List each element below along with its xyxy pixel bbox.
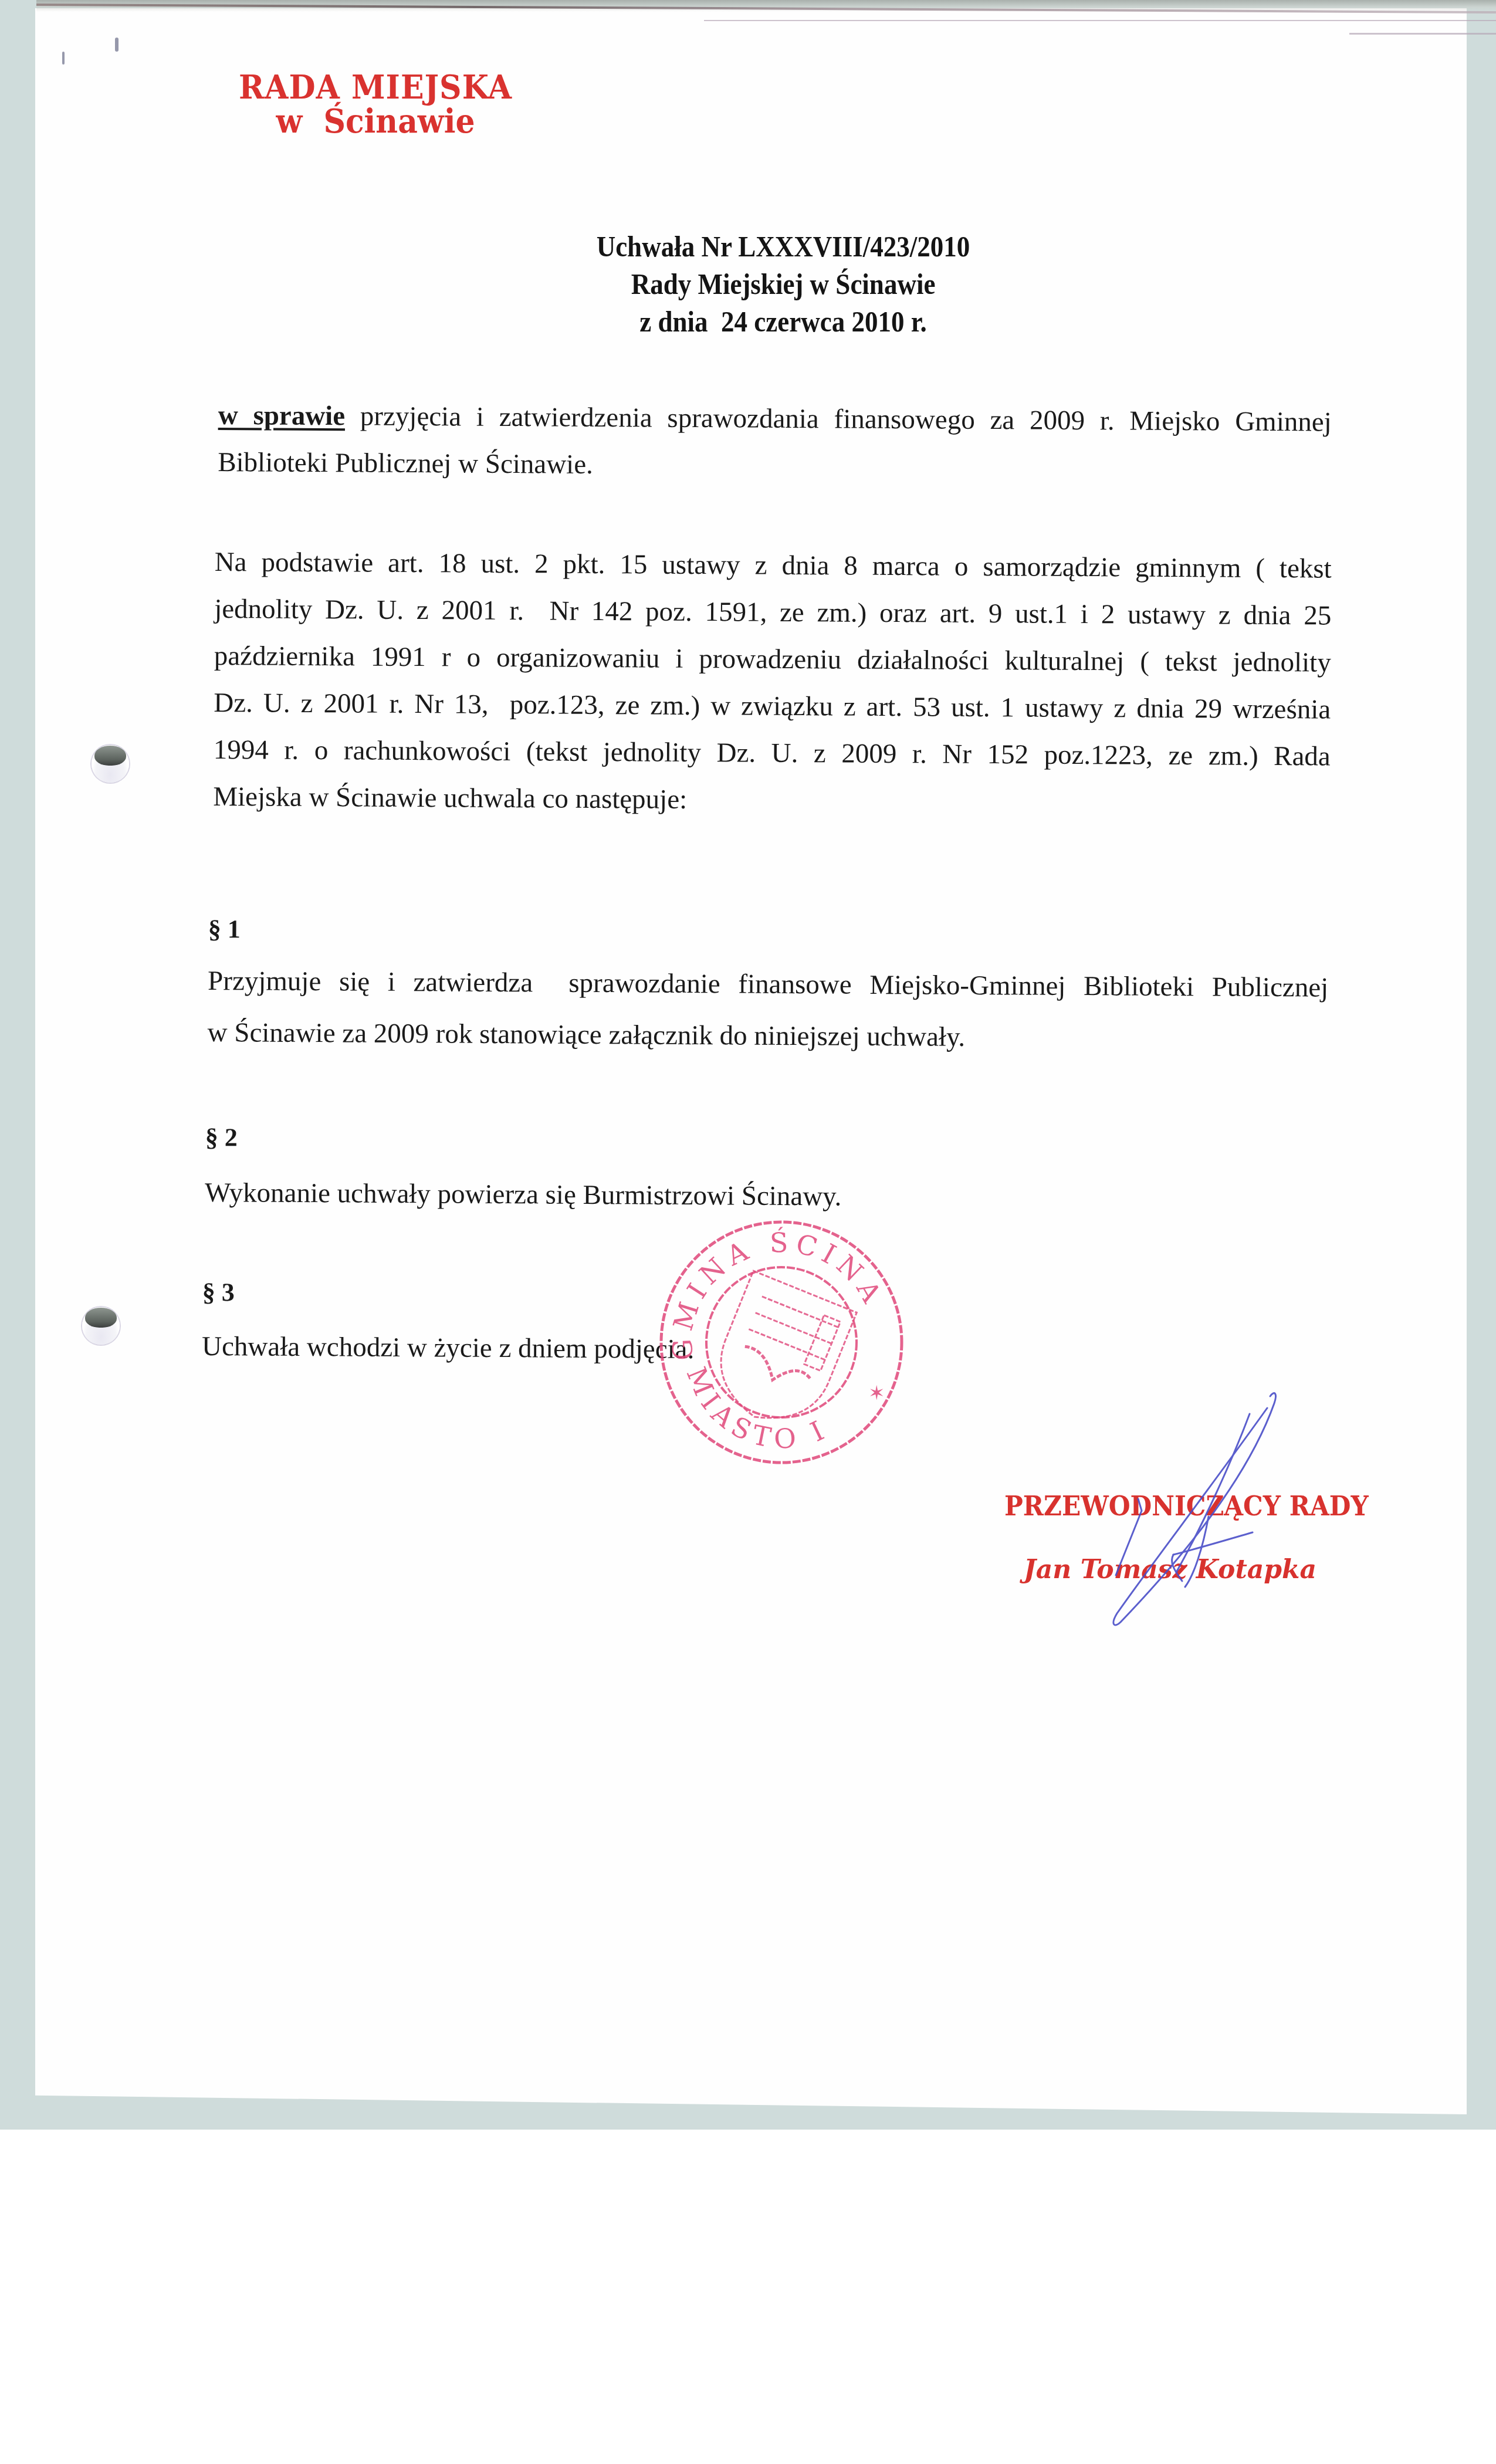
issuer-stamp: RADA MIEJSKA w Ścinawie	[235, 73, 516, 137]
legal-basis-line: października 1991 r o organizowaniu i pr…	[214, 632, 1331, 686]
handwritten-signature	[1056, 1373, 1302, 1631]
section-1: § 1 Przyjmuje się i zatwierdza sprawozda…	[207, 903, 1329, 1065]
legal-basis-line: 1994 r. o rachunkowości (tekst jednolity…	[214, 726, 1331, 780]
paper-fold-line	[704, 20, 1496, 21]
seal-text-top: GMINA ŚCINAWA	[652, 1213, 890, 1361]
resolution-date: z dnia 24 czerwca 2010 r.	[448, 303, 1119, 340]
subject-paragraph: w sprawie przyjęcia i zatwierdzenia spra…	[218, 392, 1332, 493]
legal-basis-line: jednolity Dz. U. z 2001 r. Nr 142 poz. 1…	[214, 585, 1331, 639]
scan-artifact-mark	[115, 38, 119, 52]
resolution-body: Rady Miejskiej w Ścinawie	[448, 265, 1119, 303]
punch-hole	[92, 745, 129, 783]
legal-basis-line: Dz. U. z 2001 r. Nr 13, poz.123, ze zm.)…	[214, 679, 1331, 733]
subject-line1-text: przyjęcia i zatwierdzenia sprawozdania f…	[345, 401, 1332, 437]
issuer-stamp-line2: w Ścinawie	[235, 106, 516, 138]
legal-basis-line: Na podstawie art. 18 ust. 2 pkt. 15 usta…	[215, 539, 1332, 593]
scan-artifact-mark	[62, 52, 65, 65]
issuer-stamp-line1: RADA MIEJSKA	[235, 72, 516, 104]
subject-line: w sprawie przyjęcia i zatwierdzenia spra…	[218, 392, 1332, 446]
resolution-number: Uchwała Nr LXXXVIII/423/2010	[448, 228, 1119, 265]
section-3: § 3 Uchwała wchodzi w życie z dniem podj…	[202, 1265, 1082, 1379]
resolution-title: Uchwała Nr LXXXVIII/423/2010 Rady Miejsk…	[448, 228, 1119, 340]
section-2: § 2 Wykonanie uchwały powierza się Burmi…	[205, 1110, 1085, 1226]
legal-basis-line: Miejska w Ścinawie uchwala co następuje:	[213, 773, 1330, 827]
official-seal: GMINA ŚCINAWA MIASTO I ✶	[652, 1213, 911, 1471]
punch-hole	[82, 1307, 120, 1345]
section-mark: § 1	[208, 903, 1329, 962]
seal-star-icon: ✶	[868, 1382, 885, 1405]
section-line: Uchwała wchodzi w życie z dniem podjęcia…	[202, 1319, 1082, 1379]
subject-lead: w sprawie	[218, 400, 346, 431]
section-line: w Ścinawie za 2009 rok stanowiące załącz…	[207, 1007, 1328, 1065]
legal-basis-paragraph: Na podstawie art. 18 ust. 2 pkt. 15 usta…	[213, 539, 1332, 827]
section-mark: § 3	[202, 1265, 1082, 1325]
paper-fold-line	[1349, 33, 1496, 35]
subject-line: Biblioteki Publicznej w Ścinawie.	[218, 439, 1331, 493]
section-line: Wykonanie uchwały powierza się Burmistrz…	[205, 1165, 1085, 1226]
section-mark: § 2	[205, 1110, 1085, 1170]
seal-text-bottom: MIASTO I	[680, 1363, 834, 1456]
section-line: Przyjmuje się i zatwierdza sprawozdanie …	[208, 955, 1329, 1014]
